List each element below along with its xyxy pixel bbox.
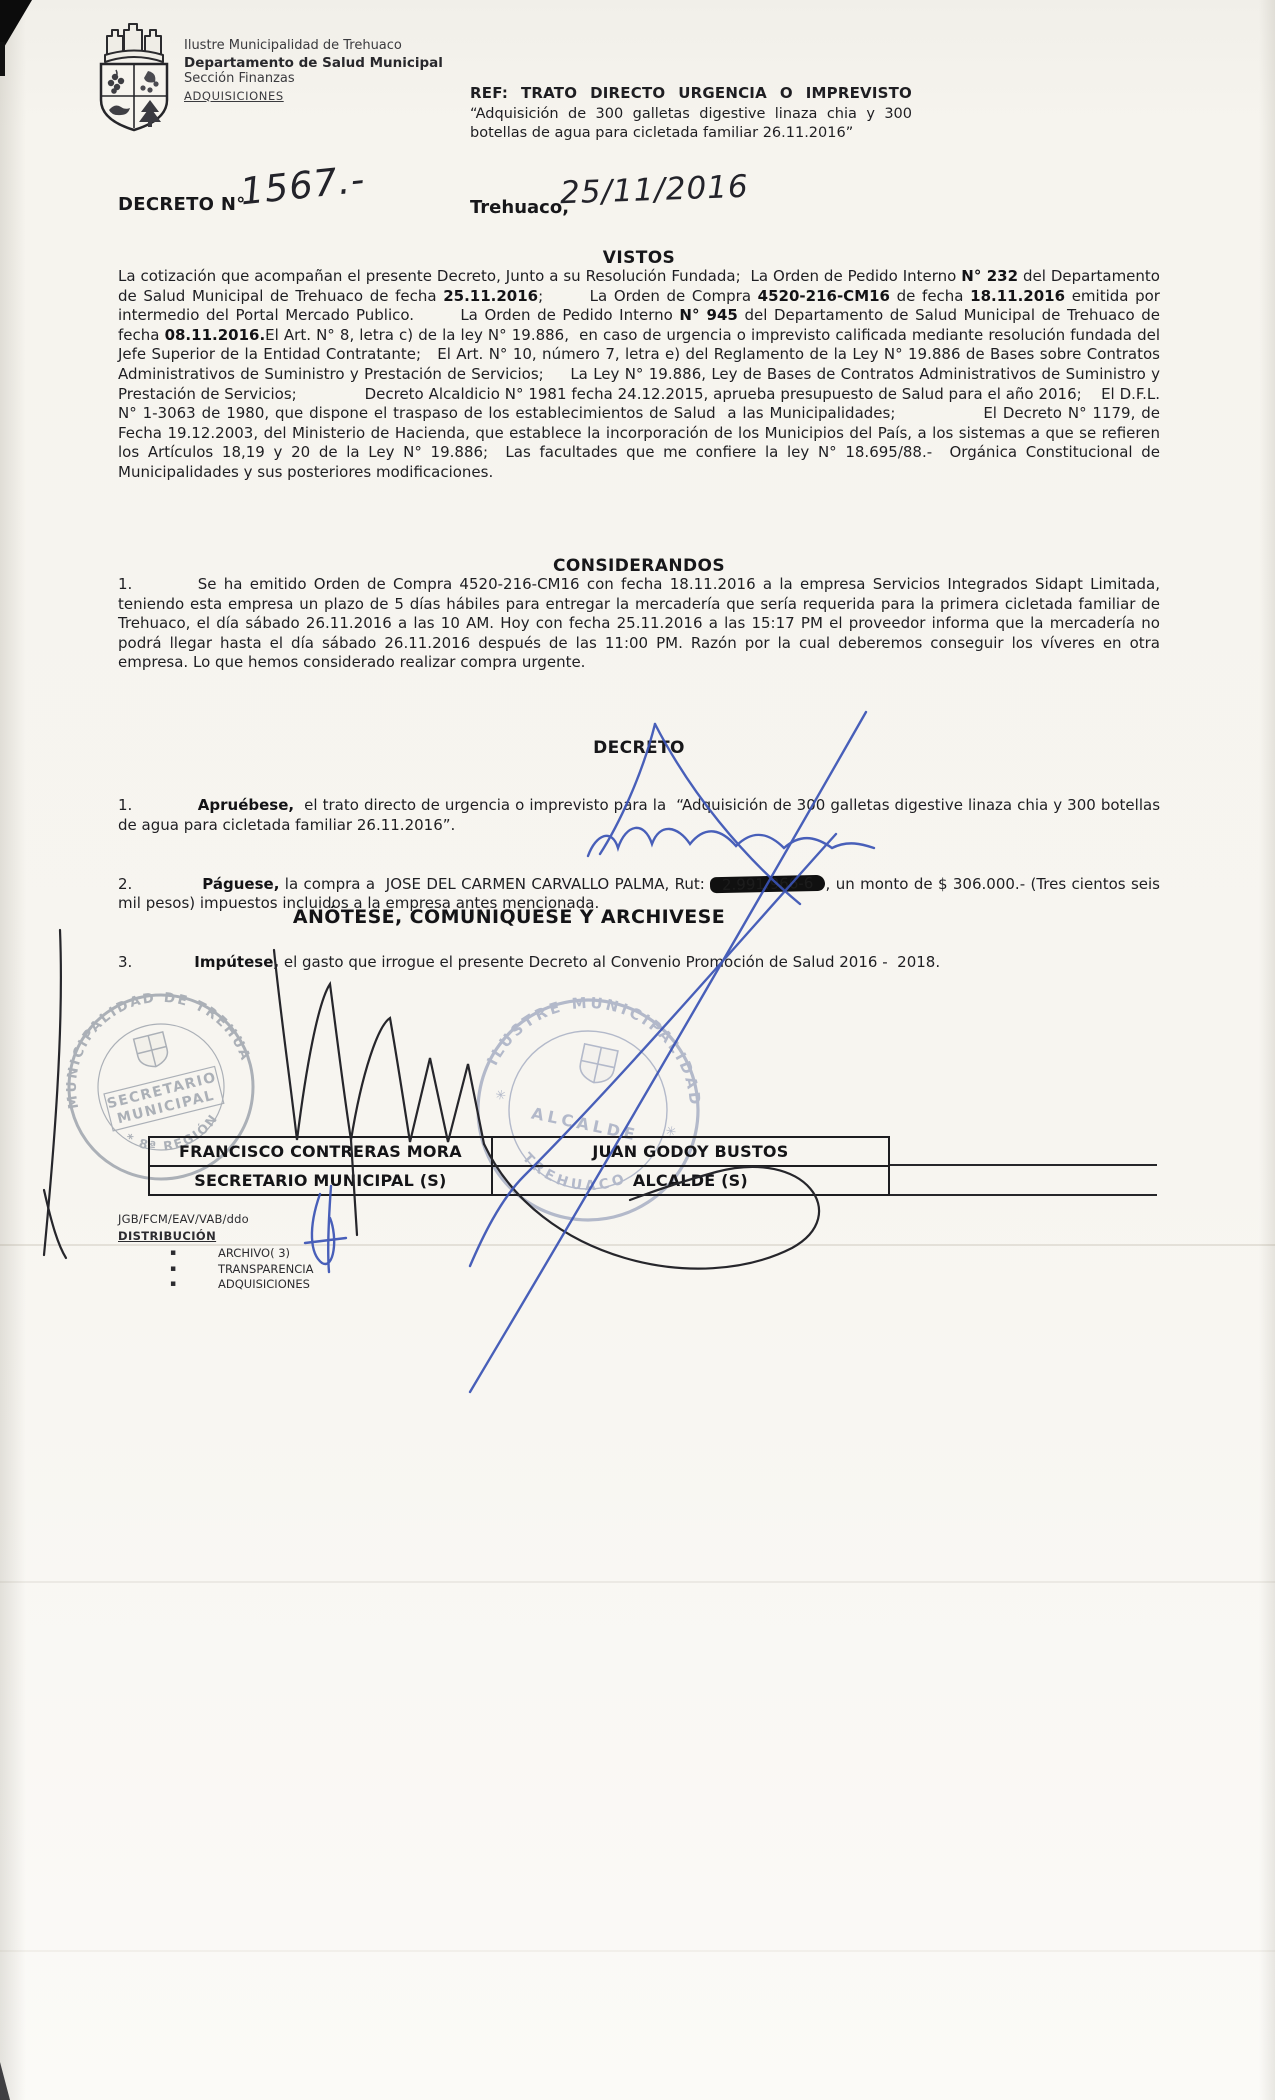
paper-fold-line [0,1950,1275,1952]
secretary-name: FRANCISCO CONTRERAS MORA [149,1137,492,1166]
org-unit: ADQUISICIONES [184,88,443,105]
place-label: Trehuaco, [470,197,569,218]
table-extension-line [888,1164,1157,1166]
stamp-asterisk-left: ✳ [494,1088,508,1105]
closing-formula: ANÓTESE, COMUNIQUESE Y ARCHIVESE [118,906,900,928]
ref-title: REF: TRATO DIRECTO URGENCIA O IMPREVISTO [470,84,912,102]
considerandos-paragraph: 1. Se ha emitido Orden de Compra 4520-21… [118,575,1160,673]
municipal-coat-of-arms-icon [93,22,175,134]
decreto-items: 1. Apruébese, el trato directo de urgenc… [118,757,1160,1012]
ref-block: REF: TRATO DIRECTO URGENCIA O IMPREVISTO… [470,84,912,143]
table-extension-line [888,1194,1157,1196]
scan-edge-shading-left [0,0,26,2100]
decreto-item-3: 3. Impútese, el gasto que irrogue el pre… [118,953,1160,973]
org-department: Departamento de Salud Municipal [184,55,443,72]
responsibility-initials: JGB/FCM/EAV/VAB/ddo [118,1212,249,1226]
letterhead: Ilustre Municipalidad de Trehuaco Depart… [184,38,443,104]
scan-edge-shading-right [1259,0,1275,2100]
org-name: Ilustre Municipalidad de Trehuaco [184,38,443,55]
mayor-title: ALCALDE (S) [492,1166,889,1195]
mayor-round-stamp: ILUSTRE MUNICIPALIDAD ALCALDE ✳ ✳ TREHUA… [450,972,725,1247]
vistos-heading: VISTOS [118,248,1160,268]
decree-number-handwritten: 1567.- [238,158,367,214]
mayor-name: JUAN GODOY BUSTOS [492,1137,889,1166]
distribution-item: ARCHIVO( 3) [170,1246,314,1262]
decreto-heading: DECRETO [118,738,1160,758]
vistos-paragraph: La cotización que acompañan el presente … [118,267,1160,483]
org-section: Sección Finanzas [184,71,443,88]
decree-number-label: DECRETO N° [118,194,246,215]
distribution-item: ADQUISICIONES [170,1277,314,1293]
date-handwritten: 25/11/2016 [559,169,749,212]
signature-block-table: FRANCISCO CONTRERAS MORA JUAN GODOY BUST… [148,1136,890,1196]
considerandos-heading: CONSIDERANDOS [118,556,1160,576]
decreto-item-1: 1. Apruébese, el trato directo de urgenc… [118,796,1160,835]
ref-subject: “Adquisición de 300 galletas digestive l… [470,105,912,143]
secretary-title: SECRETARIO MUNICIPAL (S) [149,1166,492,1195]
distribution-label: DISTRIBUCIÓN [118,1229,216,1243]
scanned-document-page: Ilustre Municipalidad de Trehuaco Depart… [0,0,1275,2100]
scan-artifact-left-edge [0,42,5,76]
paper-fold-line [0,1581,1275,1583]
distribution-item: TRANSPARENCIA [170,1262,314,1278]
distribution-list: ARCHIVO( 3) TRANSPARENCIA ADQUISICIONES [170,1246,314,1293]
